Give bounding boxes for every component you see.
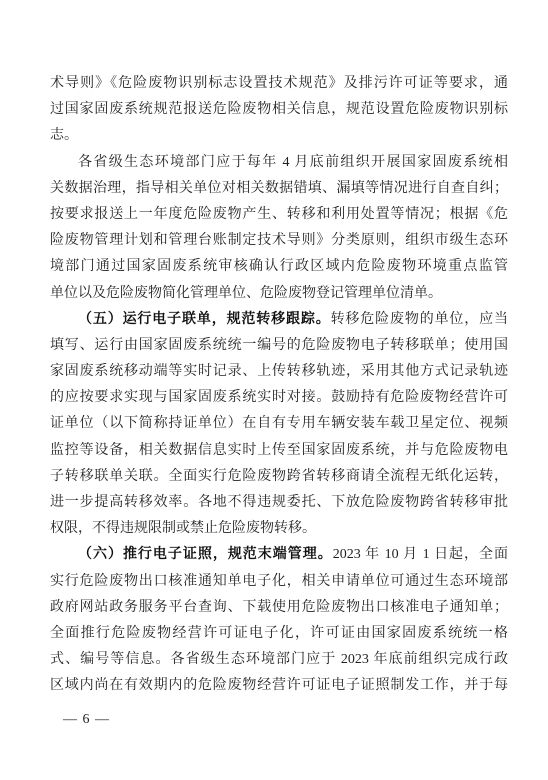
text-line: 险废物管理计划和管理台账制定技术导则》分类原则，组织市级生态环 <box>50 228 508 254</box>
body-text: 险废物管理计划和管理台账制定技术导则》分类原则，组织市级生态环 <box>50 233 508 248</box>
body-text: 各省级生态环境部门应于每年 4 月底前组织开展国家固废系统相 <box>78 155 508 170</box>
text-line: 单位以及危险废物简化管理单位、危险废物登记管理单位清单。 <box>50 281 508 307</box>
text-line: 区域内尚在有效期内的危险废物经营许可证电子证照制发工作，并于每 <box>50 673 508 699</box>
text-line: 全面推行危险废物经营许可证电子化，许可证由国家固废系统统一格 <box>50 621 508 647</box>
page-number: — 6 — <box>63 712 110 728</box>
text-line: 境部门通过国家固废系统审核确认行政区域内危险废物环境重点监管 <box>50 254 508 280</box>
text-line: 术导则》《危险废物识别标志设置技术规范》及排污许可证等要求，通 <box>50 71 508 97</box>
body-text: 术导则》《危险废物识别标志设置技术规范》及排污许可证等要求，通 <box>50 76 508 91</box>
body-text: 区域内尚在有效期内的危险废物经营许可证电子证照制发工作，并于每 <box>50 678 508 693</box>
text-line: 填写、运行由国家固废系统统一编号的危险废物电子转移联单；使用国 <box>50 333 508 359</box>
body-text: 2023 年 10 月 1 日起，全面 <box>333 547 508 562</box>
text-line: 家固废系统移动端等实时记录、上传转移轨迹，采用其他方式记录轨迹 <box>50 359 508 385</box>
text-line: （五）运行电子联单，规范转移跟踪。转移危险废物的单位，应当 <box>50 307 508 333</box>
text-line: 进一步提高转移效率。各地不得违规委托、下放危险废物跨省转移审批 <box>50 490 508 516</box>
body-text: 转移危险废物的单位，应当 <box>331 312 508 327</box>
body-text: 单位以及危险废物简化管理单位、危险废物登记管理单位清单。 <box>50 286 442 301</box>
body-text: 关数据治理，指导相关单位对相关数据错填、漏填等情况进行自查自纠； <box>50 181 508 196</box>
body-text: 填写、运行由国家固废系统统一编号的危险废物电子转移联单；使用国 <box>50 338 508 353</box>
body-text: 式、编号等信息。各省级生态环境部门应于 2023 年底前组织完成行政 <box>50 652 508 667</box>
body-text: 家固废系统移动端等实时记录、上传转移轨迹，采用其他方式记录轨迹 <box>50 364 508 379</box>
text-line: 式、编号等信息。各省级生态环境部门应于 2023 年底前组织完成行政 <box>50 647 508 673</box>
section-heading-text: （五）运行电子联单，规范转移跟踪。 <box>78 312 331 327</box>
body-text: 权限，不得违规限制或禁止危险废物转移。 <box>50 521 316 536</box>
body-text: 的应按要求实现与国家固废系统实时对接。鼓励持有危险废物经营许可 <box>50 390 508 405</box>
body-text: 过国家固废系统规范报送危险废物相关信息，规范设置危险废物识别标 <box>50 102 508 117</box>
body-text: 全面推行危险废物经营许可证电子化，许可证由国家固废系统统一格 <box>50 626 508 641</box>
document-body: 术导则》《危险废物识别标志设置技术规范》及排污许可证等要求，通过国家固废系统规范… <box>50 71 508 700</box>
text-line: 各省级生态环境部门应于每年 4 月底前组织开展国家固废系统相 <box>50 150 508 176</box>
text-line: 监控等设备，相关数据信息实时上传至国家固废系统，并与危险废物电 <box>50 438 508 464</box>
document-page: 术导则》《危险废物识别标志设置技术规范》及排污许可证等要求，通过国家固废系统规范… <box>0 0 548 780</box>
text-line: 志。 <box>50 123 508 149</box>
section-heading-text: （六）推行电子证照，规范末端管理。 <box>78 547 333 562</box>
text-line: 子转移联单关联。全面实行危险废物跨省转移商请全流程无纸化运转， <box>50 464 508 490</box>
text-line: 证单位（以下简称持证单位）在自有专用车辆安装车载卫星定位、视频 <box>50 411 508 437</box>
body-text: 政府网站政务服务平台查询、下载使用危险废物出口核准电子通知单； <box>50 600 508 615</box>
text-line: 按要求报送上一年度危险废物产生、转移和利用处置等情况；根据《危 <box>50 202 508 228</box>
body-text: 进一步提高转移效率。各地不得违规委托、下放危险废物跨省转移审批 <box>50 495 508 510</box>
body-text: 境部门通过国家固废系统审核确认行政区域内危险废物环境重点监管 <box>50 259 508 274</box>
text-line: 权限，不得违规限制或禁止危险废物转移。 <box>50 516 508 542</box>
text-line: 政府网站政务服务平台查询、下载使用危险废物出口核准电子通知单； <box>50 595 508 621</box>
text-line: 的应按要求实现与国家固废系统实时对接。鼓励持有危险废物经营许可 <box>50 385 508 411</box>
text-line: 关数据治理，指导相关单位对相关数据错填、漏填等情况进行自查自纠； <box>50 176 508 202</box>
body-text: 按要求报送上一年度危险废物产生、转移和利用处置等情况；根据《危 <box>50 207 508 222</box>
body-text: 子转移联单关联。全面实行危险废物跨省转移商请全流程无纸化运转， <box>50 469 508 484</box>
body-text: 志。 <box>50 128 78 143</box>
body-text: 证单位（以下简称持证单位）在自有专用车辆安装车载卫星定位、视频 <box>50 416 508 431</box>
text-line: （六）推行电子证照，规范末端管理。2023 年 10 月 1 日起，全面 <box>50 542 508 568</box>
body-text: 监控等设备，相关数据信息实时上传至国家固废系统，并与危险废物电 <box>50 443 508 458</box>
text-line: 实行危险废物出口核准通知单电子化，相关申请单位可通过生态环境部 <box>50 569 508 595</box>
body-text: 实行危险废物出口核准通知单电子化，相关申请单位可通过生态环境部 <box>50 574 508 589</box>
text-line: 过国家固废系统规范报送危险废物相关信息，规范设置危险废物识别标 <box>50 97 508 123</box>
